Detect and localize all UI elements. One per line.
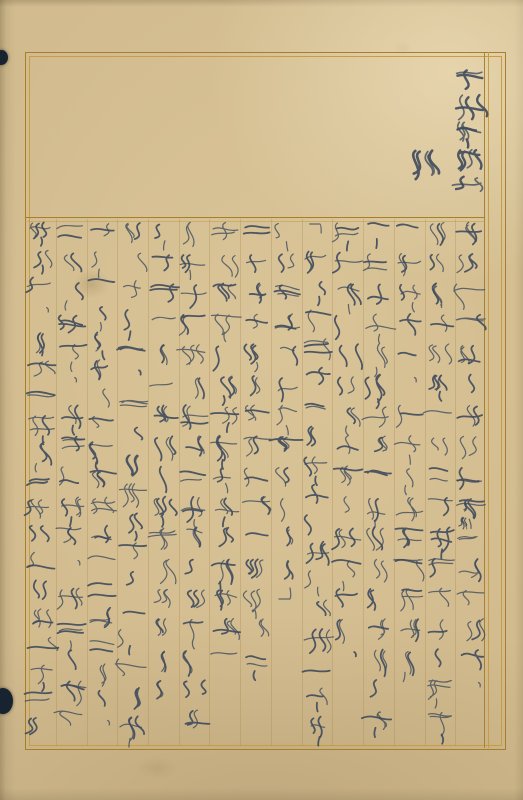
- text-column-6: 「彼の意見は時局同人の中に陳家の夫人: [302, 222, 333, 745]
- text-column-11: の好意に対し住民は直轄と七段竹畑: [148, 222, 179, 710]
- text-column-14: 茄子は二株、朱生は二株、南瓜は三株: [56, 222, 87, 741]
- text-column-10: 畑里古場竹と二個所選べと云はれた我: [179, 222, 210, 741]
- text-column-4: の出身にて七年まで雑誌発行す其の計: [363, 222, 394, 741]
- text-column-13: かいくと思ひて早速全家族にも施行した、: [87, 222, 118, 745]
- text-column-8: 午後横谷衛生主任が来て全郡下の: [240, 222, 271, 680]
- text-column-12: 地を選んだ。晩は種痘と云はるも早い方: [117, 222, 148, 745]
- binder-hole-top: [0, 50, 8, 65]
- diary-page-scan: 三月二十日 晴 注射 近午春子婆の許に行き種痘を行ふ。より楊万寿君を訪ねて聞きし…: [0, 0, 523, 800]
- text-column-7: も七八かいくとすこと知る」: [271, 222, 302, 619]
- text-column-9: 防疫種痘を施行すと云はれ自分の: [209, 222, 240, 680]
- text-column-5: 画に対し非常に敬意を持てゐる。: [332, 222, 363, 680]
- binder-hole-bottom: [0, 688, 13, 714]
- text-column-3: を披露せり。楊君は早稲田佛文科: [394, 222, 425, 680]
- text-column-1: 近午春子婆の許に行き種痘を行ふ。: [455, 222, 486, 710]
- weather-mark: 晴: [406, 148, 444, 194]
- text-column-15: 植ゑた、南瓜は昨日の分と共に四株植ゑた: [25, 222, 56, 745]
- text-column-2: より楊万寿君を訪ねて聞きしその計画: [425, 222, 456, 741]
- date-heading: 三月二十日: [452, 62, 494, 207]
